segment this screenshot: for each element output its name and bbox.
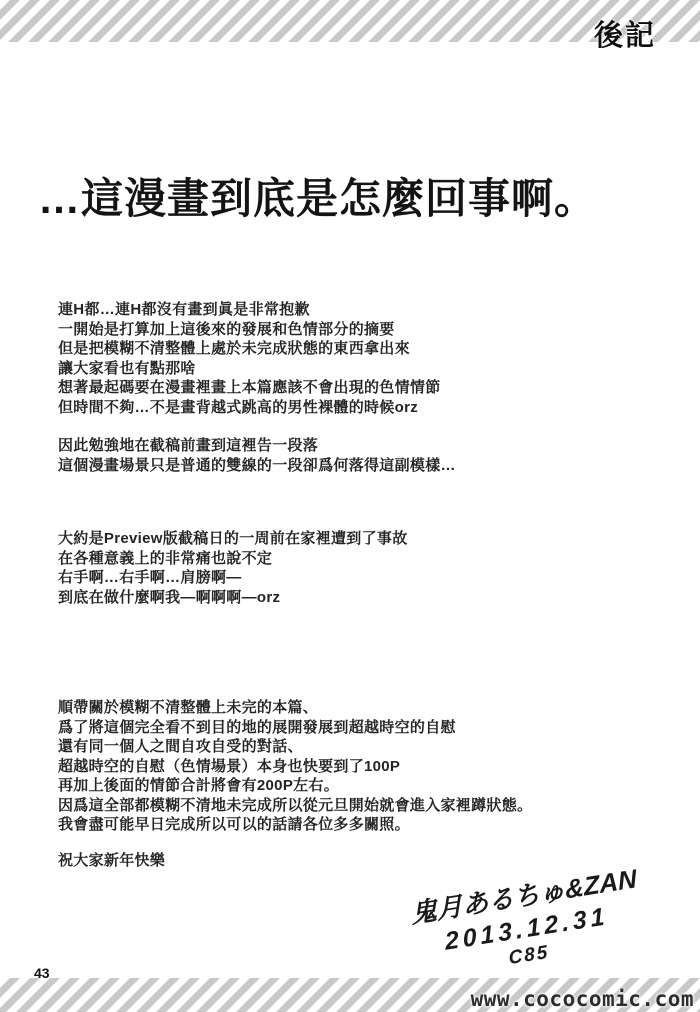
afterword-title: …這漫畫到底是怎麼回事啊。: [38, 166, 597, 226]
afterword-header-label: 後記: [594, 13, 656, 54]
site-watermark: www.cococomic.com: [471, 987, 694, 1011]
new-year-greeting: 祝大家新年快樂: [58, 851, 165, 871]
afterword-paragraph-1: 連H都…連H都沒有畫到眞是非常抱歉 一開始是打算加上這後來的發展和色情部分的摘要…: [58, 300, 441, 417]
artist-signature: 鬼月あるちゅ&ZAN 2013.12.31 C85: [396, 856, 657, 987]
afterword-page: 後記 …這漫畫到底是怎麼回事啊。 連H都…連H都沒有畫到眞是非常抱歉 一開始是打…: [0, 0, 700, 1012]
afterword-paragraph-2: 因此勉強地在截稿前畫到這裡告一段落 這個漫畫場景只是普通的雙線的一段卻爲何落得這…: [58, 436, 456, 475]
page-number: 43: [34, 965, 50, 981]
afterword-paragraph-3: 大約是Preview版截稿日的一周前在家裡遭到了事故 在各種意義上的非常痛也說不…: [58, 529, 408, 607]
afterword-paragraph-4: 順帶關於模糊不清整體上未完的本篇、 爲了將這個完全看不到目的地的展開發展到超越時…: [58, 698, 532, 835]
